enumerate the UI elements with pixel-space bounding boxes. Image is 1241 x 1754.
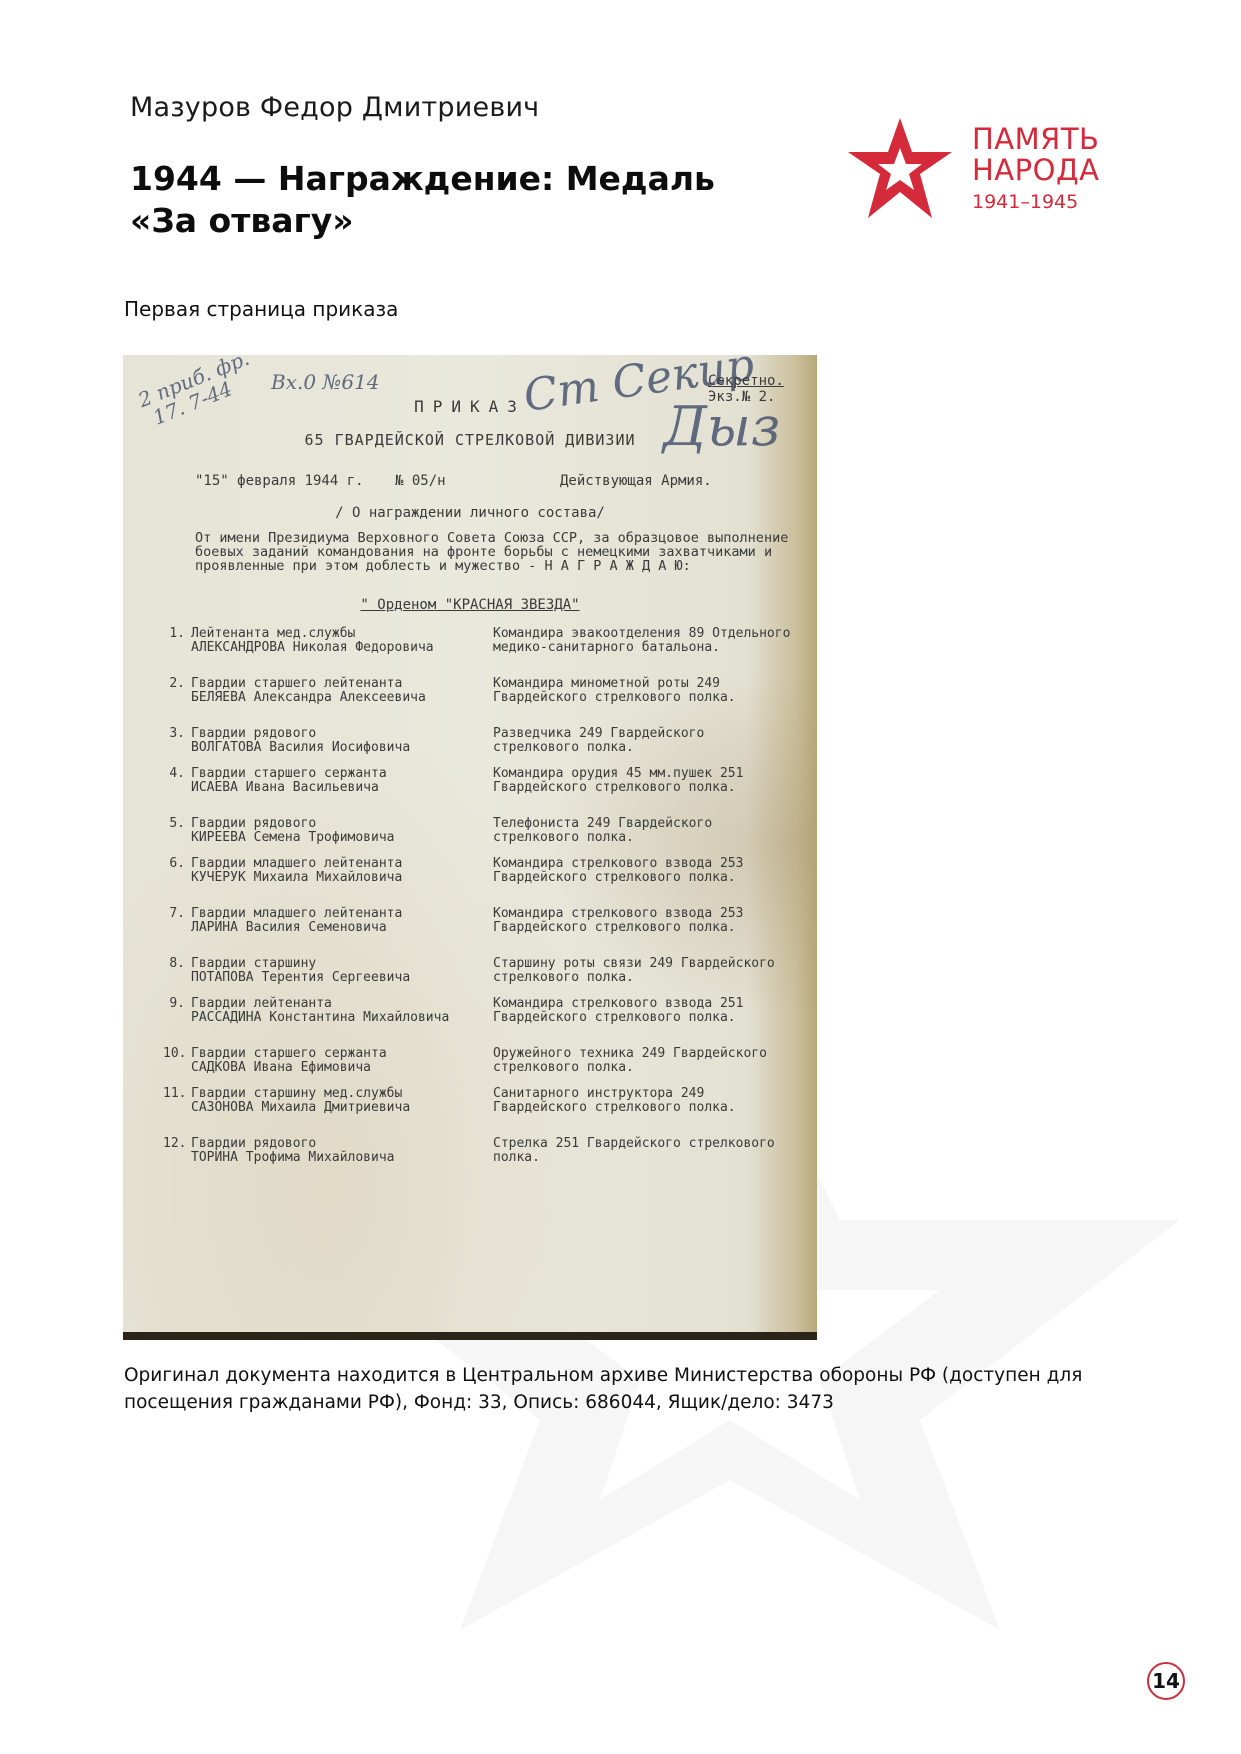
entry-name: БЕЛЯЕВА Александра Алексеевича: [191, 691, 511, 705]
entry-name: КУЧЕРУК Михаила Михайловича: [191, 871, 511, 885]
entry-name: САДКОВА Ивана Ефимовича: [191, 1061, 511, 1075]
entry-position: Командира стрелкового взвода 253 Гвардей…: [493, 907, 793, 935]
entry-number: 5.: [163, 817, 185, 831]
entry-position: Командира стрелкового взвода 251 Гвардей…: [493, 997, 793, 1025]
entry-person: Гвардии старшего сержантаИСАЕВА Ивана Ва…: [191, 767, 511, 795]
entry-number: 4.: [163, 767, 185, 781]
entry-position: Стрелка 251 Гвардейского стрелкового пол…: [493, 1137, 793, 1165]
order-subject: / О награждении личного состава/: [123, 505, 817, 521]
list-item: 8.Гвардии старшинуПОТАПОВА Терентия Серг…: [163, 957, 813, 997]
entry-rank: Гвардии старшину мед.службы: [191, 1087, 511, 1101]
entry-name: ЛАРИНА Василия Семеновича: [191, 921, 511, 935]
entry-rank: Гвардии лейтенанта: [191, 997, 511, 1011]
entry-position: Оружейного техника 249 Гвардейского стре…: [493, 1047, 793, 1075]
entry-person: Гвардии старшего сержантаСАДКОВА Ивана Е…: [191, 1047, 511, 1075]
entry-person: Гвардии старшего лейтенантаБЕЛЯЕВА Алекс…: [191, 677, 511, 705]
entry-person: Гвардии старшину мед.службыСАЗОНОВА Миха…: [191, 1087, 511, 1115]
division-name: 65 ГВАРДЕЙСКОЙ СТРЕЛКОВОЙ ДИВИЗИИ: [123, 431, 817, 449]
entry-person: Гвардии младшего лейтенантаЛАРИНА Васили…: [191, 907, 511, 935]
logo-line1: ПАМЯТЬ: [972, 124, 1099, 155]
entry-position: Командира эвакоотделения 89 Отдельного м…: [493, 627, 793, 655]
secret-label: Секретно.: [708, 373, 784, 389]
list-item: 6.Гвардии младшего лейтенантаКУЧЕРУК Мих…: [163, 857, 813, 907]
list-item: 5.Гвардии рядовогоКИРЕЕВА Семена Трофимо…: [163, 817, 813, 857]
entry-rank: Гвардии рядового: [191, 1137, 511, 1151]
entry-rank: Гвардии старшего лейтенанта: [191, 677, 511, 691]
entry-name: САЗОНОВА Михаила Дмитриевича: [191, 1101, 511, 1115]
pamyat-naroda-logo[interactable]: ПАМЯТЬ НАРОДА 1941–1945: [848, 118, 1128, 218]
list-item: 11.Гвардии старшину мед.службыСАЗОНОВА М…: [163, 1087, 813, 1137]
entry-name: ПОТАПОВА Терентия Сергеевича: [191, 971, 511, 985]
award-list: 1.Лейтенанта мед.службыАЛЕКСАНДРОВА Нико…: [163, 627, 813, 1177]
award-heading: " Орденом "КРАСНАЯ ЗВЕЗДА": [123, 597, 817, 613]
entry-number: 7.: [163, 907, 185, 921]
logo-text: ПАМЯТЬ НАРОДА 1941–1945: [972, 124, 1099, 216]
order-preamble: От имени Президиума Верховного Совета Со…: [195, 531, 795, 573]
order-date: "15" февраля 1944 г.: [195, 473, 364, 489]
entry-name: ИСАЕВА Ивана Васильевича: [191, 781, 511, 795]
entry-number: 8.: [163, 957, 185, 971]
entry-number: 3.: [163, 727, 185, 741]
army-label: Действующая Армия.: [560, 473, 712, 489]
page-title: 1944 — Награждение: Медаль «За отвагу»: [130, 158, 770, 242]
entry-name: ВОЛГАТОВА Василия Иосифовича: [191, 741, 511, 755]
entry-rank: Гвардии младшего лейтенанта: [191, 857, 511, 871]
entry-position: Старшину роты связи 249 Гвардейского стр…: [493, 957, 793, 985]
entry-number: 11.: [163, 1087, 185, 1101]
entry-person: Гвардии младшего лейтенантаКУЧЕРУК Михаи…: [191, 857, 511, 885]
entry-number: 12.: [163, 1137, 185, 1151]
entry-rank: Гвардии старшего сержанта: [191, 1047, 511, 1061]
order-date-line: "15" февраля 1944 г. № 05/н Действующая …: [195, 473, 795, 489]
list-item: 4.Гвардии старшего сержантаИСАЕВА Ивана …: [163, 767, 813, 817]
image-caption: Первая страница приказа: [124, 297, 398, 321]
entry-number: 1.: [163, 627, 185, 641]
entry-position: Командира минометной роты 249 Гвардейско…: [493, 677, 793, 705]
entry-position: Командира орудия 45 мм.пушек 251 Гвардей…: [493, 767, 793, 795]
list-item: 2.Гвардии старшего лейтенантаБЕЛЯЕВА Але…: [163, 677, 813, 727]
entry-position: Санитарного инструктора 249 Гвардейского…: [493, 1087, 793, 1115]
list-item: 3.Гвардии рядовогоВОЛГАТОВА Василия Иоси…: [163, 727, 813, 767]
order-number: № 05/н: [395, 473, 446, 489]
entry-position: Командира стрелкового взвода 253 Гвардей…: [493, 857, 793, 885]
entry-number: 10.: [163, 1047, 185, 1061]
list-item: 1.Лейтенанта мед.службыАЛЕКСАНДРОВА Нико…: [163, 627, 813, 677]
list-item: 7.Гвардии младшего лейтенантаЛАРИНА Васи…: [163, 907, 813, 957]
entry-rank: Гвардии рядового: [191, 817, 511, 831]
entry-person: Лейтенанта мед.службыАЛЕКСАНДРОВА Никола…: [191, 627, 511, 655]
list-item: 12.Гвардии рядовогоТОРИНА Трофима Михайл…: [163, 1137, 813, 1177]
entry-number: 6.: [163, 857, 185, 871]
handwritten-number: Вх.0 №614: [271, 370, 380, 394]
entry-position: Разведчика 249 Гвардейского стрелкового …: [493, 727, 793, 755]
entry-number: 9.: [163, 997, 185, 1011]
entry-rank: Гвардии рядового: [191, 727, 511, 741]
entry-rank: Гвардии старшину: [191, 957, 511, 971]
logo-years: 1941–1945: [972, 188, 1099, 216]
red-star-icon: [848, 118, 952, 218]
entry-position: Телефониста 249 Гвардейского стрелкового…: [493, 817, 793, 845]
entry-name: КИРЕЕВА Семена Трофимовича: [191, 831, 511, 845]
entry-name: РАССАДИНА Константина Михайловича: [191, 1011, 511, 1025]
entry-person: Гвардии старшинуПОТАПОВА Терентия Сергее…: [191, 957, 511, 985]
entry-person: Гвардии рядовогоТОРИНА Трофима Михайлови…: [191, 1137, 511, 1165]
scanned-document-image: 2 приб. фр. 17. 7-44 Вх.0 №614 Ст Секир …: [123, 355, 817, 1340]
entry-rank: Гвардии младшего лейтенанта: [191, 907, 511, 921]
award-heading-text: " Орденом "КРАСНАЯ ЗВЕЗДА": [360, 597, 579, 613]
logo-line2: НАРОДА: [972, 155, 1099, 186]
order-title: ПРИКАЗ: [123, 397, 817, 416]
entry-rank: Лейтенанта мед.службы: [191, 627, 511, 641]
entry-rank: Гвардии старшего сержанта: [191, 767, 511, 781]
archive-source-note: Оригинал документа находится в Центральн…: [124, 1362, 1104, 1416]
person-name: Мазуров Федор Дмитриевич: [130, 92, 539, 123]
list-item: 9.Гвардии лейтенантаРАССАДИНА Константин…: [163, 997, 813, 1047]
entry-number: 2.: [163, 677, 185, 691]
list-item: 10.Гвардии старшего сержантаСАДКОВА Иван…: [163, 1047, 813, 1087]
entry-name: АЛЕКСАНДРОВА Николая Федоровича: [191, 641, 511, 655]
entry-person: Гвардии рядовогоВОЛГАТОВА Василия Иосифо…: [191, 727, 511, 755]
page-number: 14: [1147, 1662, 1185, 1700]
entry-person: Гвардии лейтенантаРАССАДИНА Константина …: [191, 997, 511, 1025]
entry-name: ТОРИНА Трофима Михайловича: [191, 1151, 511, 1165]
entry-person: Гвардии рядовогоКИРЕЕВА Семена Трофимови…: [191, 817, 511, 845]
